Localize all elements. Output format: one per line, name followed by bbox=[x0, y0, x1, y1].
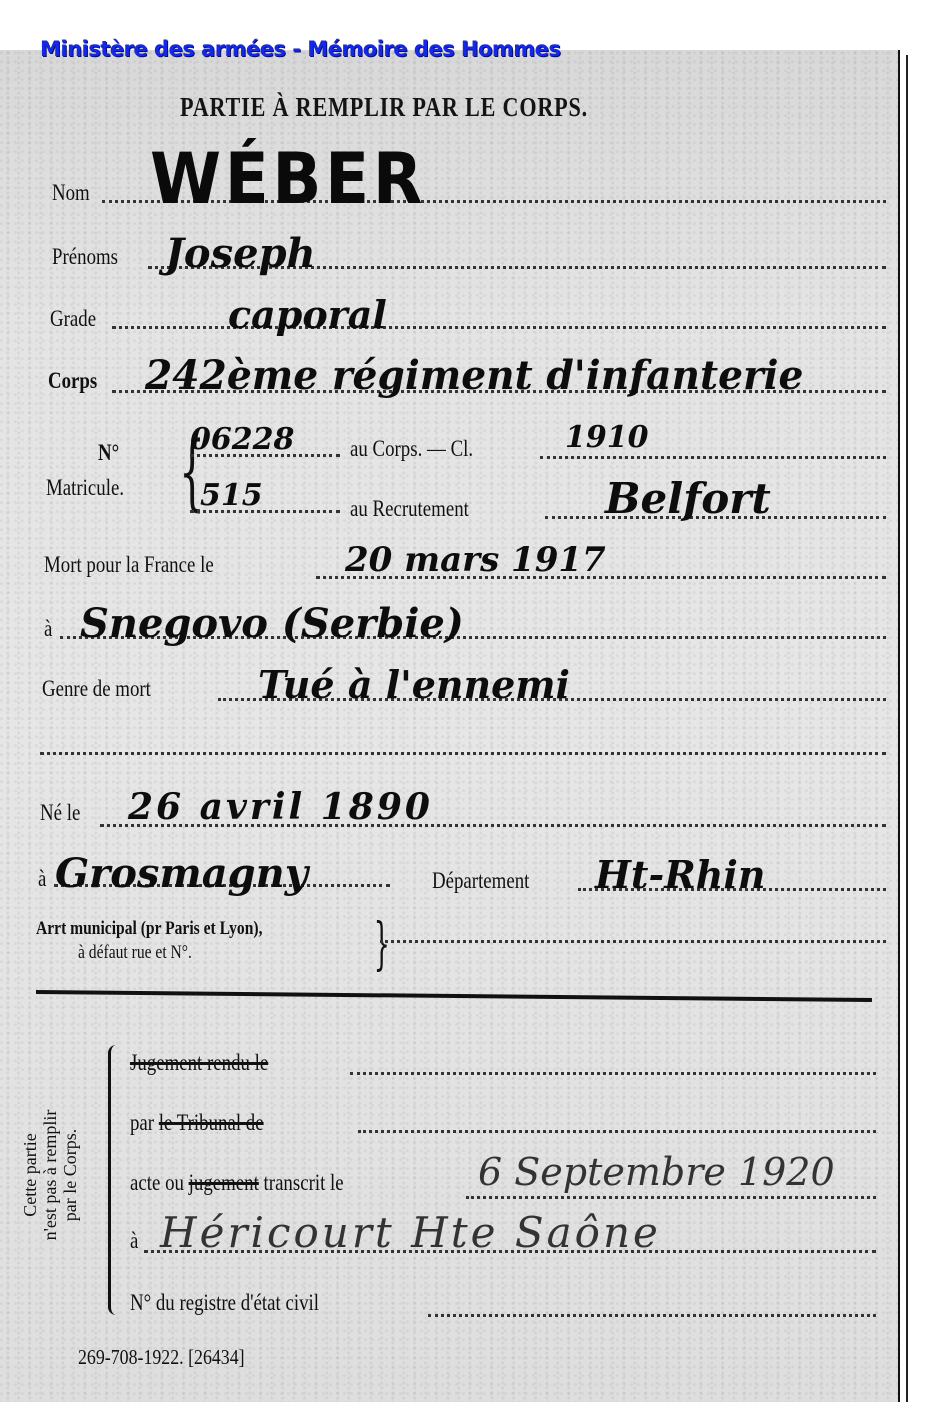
registre-label: N° du registre d'état civil bbox=[130, 1290, 319, 1316]
page-border-outer bbox=[906, 55, 908, 1402]
side-note: Cette partie n'est pas à remplir par le … bbox=[20, 1070, 80, 1280]
genre-mort-label: Genre de mort bbox=[42, 676, 151, 702]
lower-section-brace bbox=[108, 1045, 119, 1315]
blank-line bbox=[40, 752, 886, 755]
arrondissement-label-2: à défaut rue et N°. bbox=[78, 942, 192, 964]
side-note-line-1: Cette partie bbox=[20, 1070, 40, 1280]
side-note-line-2: n'est pas à remplir bbox=[40, 1070, 60, 1280]
recrutement-label: au Recrutement bbox=[350, 496, 469, 522]
side-note-line-3: par le Corps. bbox=[60, 1070, 80, 1280]
matricule-corps-line bbox=[190, 454, 340, 457]
watermark-source: Ministère des armées - Mémoire des Homme… bbox=[40, 37, 560, 61]
grade-value: caporal bbox=[228, 292, 387, 337]
recrutement-number: 515 bbox=[200, 478, 263, 513]
arrondissement-label-1: Arrt municipal (pr Paris et Lyon), bbox=[36, 918, 262, 940]
nom-value: WÉBER bbox=[150, 138, 426, 220]
mort-lieu-value: Snegovo (Serbie) bbox=[80, 600, 464, 647]
transcrit-lieu-label: à bbox=[130, 1228, 138, 1254]
page-border-inner bbox=[898, 50, 900, 1402]
transcrit-suffix: transcrit le bbox=[264, 1170, 344, 1195]
grade-label: Grade bbox=[50, 306, 96, 332]
matricule-label: Matricule. bbox=[46, 475, 124, 501]
prenoms-label: Prénoms bbox=[52, 244, 118, 270]
naissance-date-value: 26 avril 1890 bbox=[128, 786, 433, 828]
transcrit-struck: jugement bbox=[189, 1170, 259, 1195]
arrondissement-line bbox=[380, 940, 886, 943]
corps-label: Corps bbox=[48, 368, 97, 394]
matricule-corps-number: 06228 bbox=[190, 422, 294, 457]
corps-value: 242ème régiment d'infanterie bbox=[145, 352, 803, 399]
au-corps-label: au Corps. — Cl. bbox=[350, 436, 473, 462]
classe-line bbox=[540, 456, 886, 459]
arrondissement-brace: } bbox=[374, 912, 390, 977]
mort-date-value: 20 mars 1917 bbox=[345, 540, 606, 580]
nom-label: Nom bbox=[52, 180, 90, 206]
print-reference: 269-708-1922. [26434] bbox=[78, 1345, 245, 1370]
tribunal-label: par le Tribunal de bbox=[130, 1110, 264, 1136]
tribunal-line bbox=[358, 1130, 876, 1133]
transcrit-value: 6 Septembre 1920 bbox=[478, 1150, 835, 1194]
form-title: PARTIE À REMPLIR PAR LE CORPS. bbox=[180, 92, 588, 123]
naissance-lieu-label: à bbox=[38, 866, 46, 892]
mort-lieu-label: à bbox=[44, 616, 52, 642]
departement-label: Département bbox=[432, 868, 529, 894]
jugement-line bbox=[350, 1072, 876, 1075]
naissance-lieu-value: Grosmagny bbox=[55, 850, 308, 897]
recrutement-place: Belfort bbox=[605, 474, 771, 523]
transcrit-lieu-value: Héricourt Hte Saône bbox=[160, 1208, 661, 1257]
matricule-label-no: N° bbox=[98, 440, 119, 466]
jugement-label: Jugement rendu le bbox=[130, 1050, 268, 1076]
recrutement-number-line bbox=[190, 510, 340, 513]
prenoms-value: Joseph bbox=[165, 230, 316, 277]
transcrit-line bbox=[466, 1196, 876, 1199]
classe-value: 1910 bbox=[565, 420, 649, 455]
registre-line bbox=[428, 1314, 876, 1317]
print-ref: [26434] bbox=[188, 1345, 245, 1369]
transcrit-prefix: acte ou bbox=[130, 1170, 184, 1195]
genre-mort-value: Tué à l'ennemi bbox=[258, 662, 570, 707]
mort-date-label: Mort pour la France le bbox=[44, 552, 214, 578]
tribunal-prefix: par bbox=[130, 1110, 154, 1135]
transcrit-label: acte ou jugement transcrit le bbox=[130, 1170, 344, 1196]
print-code: 269-708-1922. bbox=[78, 1345, 184, 1369]
naissance-date-label: Né le bbox=[40, 800, 80, 826]
departement-value: Ht-Rhin bbox=[595, 852, 766, 897]
tribunal-struck: le Tribunal de bbox=[159, 1110, 264, 1135]
document-sheet bbox=[0, 50, 900, 1402]
